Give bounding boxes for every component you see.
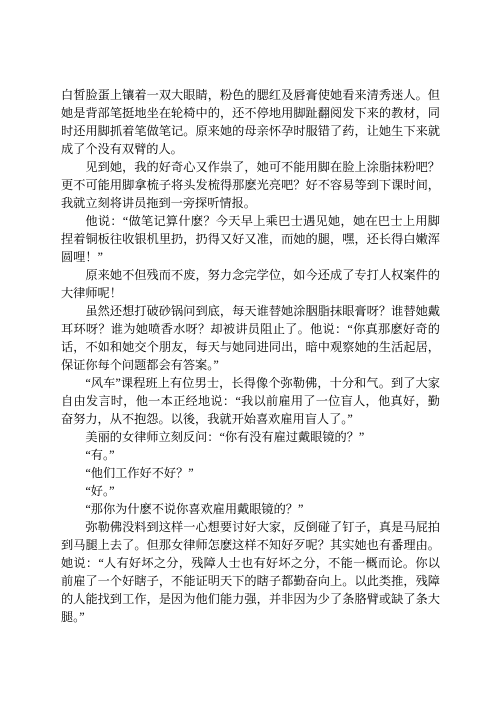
paragraph: “有。” [61,446,440,464]
paragraph: 原来她不但残而不废，努力念完学位，如今还成了专打人权案件的大律师呢！ [61,266,440,302]
paragraph: 见到她，我的好奇心又作祟了，她可不能用脚在脸上涂脂抹粉吧？更不可能用脚拿梳子将头… [61,158,440,212]
text-block: 白皙脸蛋上镶着一双大眼睛，粉色的腮红及唇膏使她看来清秀迷人。但她是背部笔挺地坐在… [61,86,440,626]
document-page: 白皙脸蛋上镶着一双大眼睛，粉色的腮红及唇膏使她看来清秀迷人。但她是背部笔挺地坐在… [0,0,501,711]
paragraph: 虽然还想打破砂锅问到底，每天谁替她涂胭脂抹眼膏呀？谁替她戴耳环呀？谁为她喷香水呀… [61,302,440,374]
paragraph: 弥勒佛没料到这样一心想要讨好大家，反倒碰了钉子，真是马屁拍到马腿上去了。但那女律… [61,518,440,626]
paragraph: 白皙脸蛋上镶着一双大眼睛，粉色的腮红及唇膏使她看来清秀迷人。但她是背部笔挺地坐在… [61,86,440,158]
paragraph: 美丽的女律师立刻反问：“你有没有雇过戴眼镜的？” [61,428,440,446]
paragraph: “好。” [61,482,440,500]
paragraph: “风车”课程班上有位男士，长得像个弥勒佛，十分和气。到了大家自由发言时，他一本正… [61,374,440,428]
paragraph: “他们工作好不好？” [61,464,440,482]
paragraph: “那你为什麽不说你喜欢雇用戴眼镜的？” [61,500,440,518]
paragraph: 他说：“做笔记算什麽？今天早上乘巴士遇见她，她在巴士上用脚捏着铜板往收银机里扔，… [61,212,440,266]
